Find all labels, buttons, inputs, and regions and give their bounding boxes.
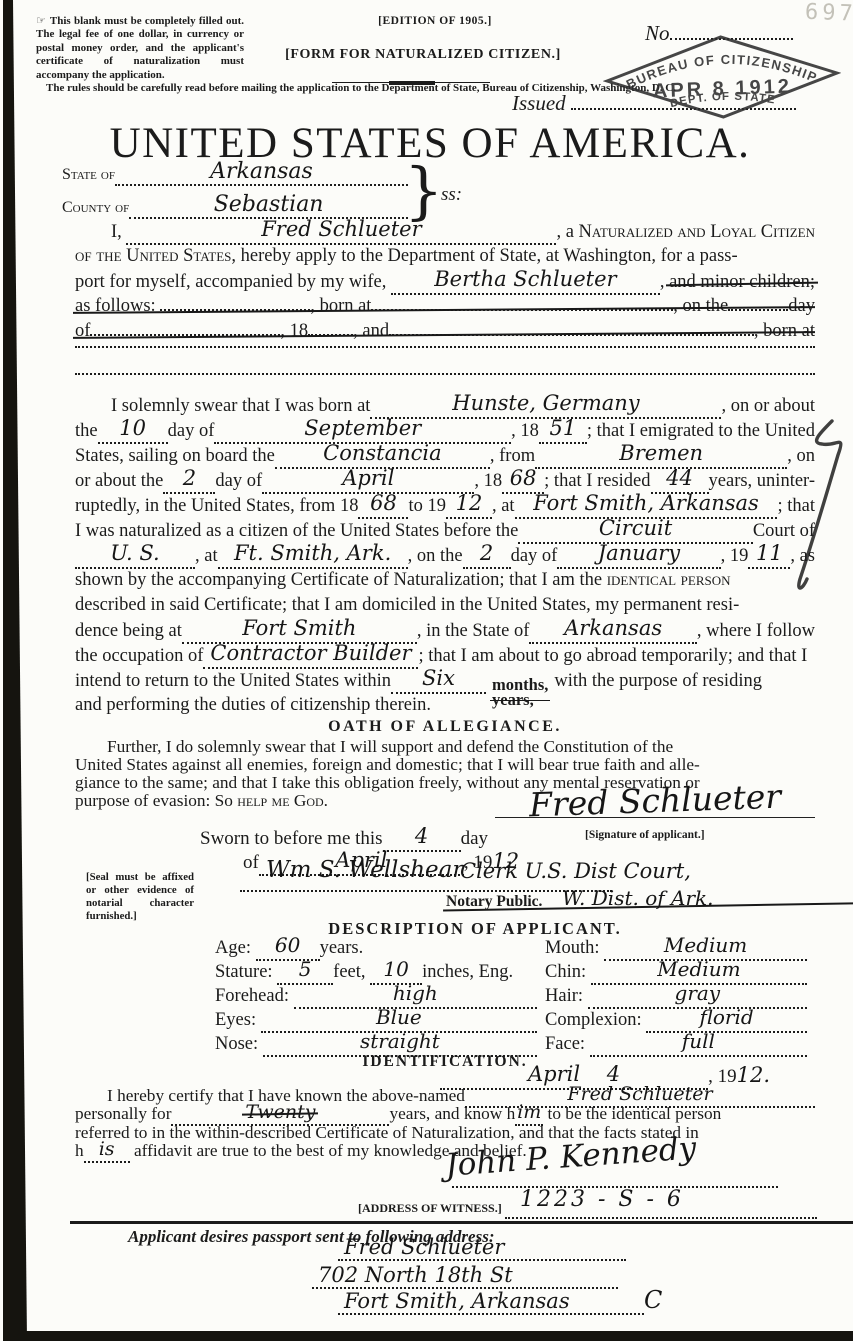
- printed-text: to be the identical person: [543, 1104, 721, 1124]
- witness-address-line: [505, 1193, 817, 1219]
- venue-brace: }: [404, 156, 443, 226]
- printed-text: Naturalized and Loyal Citizen: [579, 222, 815, 243]
- blank: [389, 334, 754, 336]
- printed-text: , a: [556, 222, 578, 243]
- resided-place-handwriting: Fort Smith, Arkansas: [533, 494, 759, 513]
- from-year-handwriting: 68: [370, 494, 397, 513]
- printed-text: , where I follow: [697, 621, 815, 642]
- sworn-statement-paragraph: I solemnly swear that I was born atHunst…: [75, 395, 815, 720]
- printed-text: Sworn to before me this: [200, 828, 383, 850]
- feet-suffix: feet,: [333, 962, 370, 983]
- port-handwriting: Bremen: [619, 444, 703, 463]
- certify-name-handwriting: Fred Schlueter: [567, 1086, 712, 1103]
- printed-text: as follows:: [75, 296, 160, 317]
- hair-field: gray: [588, 985, 807, 1009]
- wife-name-handwriting: Bertha Schlueter: [434, 270, 616, 289]
- printed-text: , as: [790, 546, 815, 567]
- swear-line-12: intend to return to the United States wi…: [75, 670, 815, 695]
- instructions-text-1: This blank must be completely filled out…: [36, 15, 244, 81]
- swear-line-1: I solemnly swear that I was born atHunst…: [75, 395, 815, 420]
- wife-name-field: Bertha Schlueter: [391, 271, 660, 295]
- printed-text: shown by the accompanying Certificate of…: [75, 570, 607, 591]
- application-blank-row: [75, 346, 815, 373]
- court-of-handwriting: U. S.: [110, 544, 159, 563]
- blank: [160, 309, 310, 311]
- certify-line-1: I hereby certify that I have known the a…: [75, 1086, 815, 1104]
- state-value-handwriting: Arkansas: [210, 162, 313, 182]
- printed-text: ruptedly, in the United States, from 18: [75, 496, 358, 517]
- printed-text: , on: [787, 446, 815, 467]
- printed-text: , 18: [474, 471, 502, 492]
- sworn-day-handwriting: 4: [415, 827, 428, 846]
- sail-month-field: April: [262, 470, 474, 494]
- court-handwriting: Circuit: [599, 519, 672, 538]
- application-line-3: port for myself, accompanied by my wife,…: [75, 271, 815, 296]
- printed-text: the: [75, 421, 98, 442]
- printed-text: purpose of evasion: So: [75, 791, 237, 811]
- occupation-handwriting: Contractor Builder: [210, 644, 411, 663]
- printed-text: the occupation of: [75, 646, 203, 667]
- nat-year-handwriting: 11: [756, 544, 783, 563]
- printed-text: I solemnly swear that I was born at: [111, 396, 370, 417]
- printed-text: , born at: [310, 296, 371, 317]
- application-line-1: I, Fred Schlueter, a Naturalized and Loy…: [75, 221, 815, 246]
- header-divider: [332, 80, 490, 85]
- edition-note: [EDITION OF 1905.]: [340, 15, 530, 27]
- from-year-field: 68: [358, 495, 408, 519]
- age-row: Age: 60years.: [215, 937, 537, 961]
- issued-label: Issued: [512, 91, 571, 116]
- printed-text: port for myself, accompanied by my wife,: [75, 272, 391, 293]
- printed-text: ; that I emigrated to the United: [587, 421, 815, 442]
- ss-label: ss:: [441, 184, 462, 206]
- application-line-4-struck: as follows: , born at, on theday: [75, 296, 815, 321]
- applicant-signature-handwriting: Fred Schlueter: [529, 782, 782, 820]
- printed-text: and performing the duties of citizenship…: [75, 695, 431, 716]
- sail-year-handwriting: 68: [510, 469, 537, 488]
- birth-day-field: 10: [98, 420, 168, 444]
- mailing-address-line-2: 702 North 18th St: [312, 1266, 618, 1289]
- blank: [308, 334, 353, 336]
- mouth-label: Mouth:: [545, 938, 604, 959]
- years-known-handwriting: Twenty: [245, 1104, 315, 1121]
- swear-line-7: U. S., atFt. Smith, Ark., on the2day ofJ…: [75, 545, 815, 570]
- printed-text: , hereby apply to the Department of Stat…: [231, 246, 737, 267]
- mailing-name-handwriting: Fred Schlueter: [344, 1235, 504, 1259]
- resided-years-handwriting: 44: [666, 469, 693, 488]
- chin-handwriting: Medium: [657, 960, 740, 978]
- residence-state-field: Arkansas: [529, 620, 696, 644]
- district-handwriting: W. Dist. of Ark.: [562, 889, 714, 907]
- printed-text: Court of: [753, 521, 815, 542]
- swear-line-10: dence being atFort Smith, in the State o…: [75, 620, 815, 645]
- printed-text: , and: [353, 321, 389, 342]
- hair-row: Hair: gray: [545, 985, 807, 1009]
- printed-text: help me God.: [237, 791, 328, 811]
- stamp-diamond-icon: BUREAU OF CITIZENSHIP APR 8 1912 DEPT. O…: [602, 29, 843, 125]
- stature-row: Stature: 5feet, 10inches, Eng.: [215, 961, 537, 985]
- instructions-paragraph-1: ☞ This blank must be completely filled o…: [36, 14, 244, 82]
- oath-line-1: Further, I do solemnly swear that I will…: [75, 737, 817, 755]
- his-field: is: [84, 1141, 130, 1163]
- mouth-handwriting: Medium: [664, 936, 747, 954]
- printed-text: , 19: [721, 546, 749, 567]
- eyes-label: Eyes:: [215, 1010, 261, 1031]
- county-field: Sebastian: [129, 196, 408, 219]
- printed-text: day: [788, 296, 815, 317]
- printed-text: intend to return to the United States wi…: [75, 671, 391, 692]
- nat-month-handwriting: January: [598, 544, 680, 563]
- court-of-field: U. S.: [75, 545, 195, 569]
- swear-line-5: ruptedly, in the United States, from 186…: [75, 495, 815, 520]
- nat-year-field: 11: [748, 545, 790, 569]
- printed-text: of the United States: [75, 246, 231, 267]
- printed-text: ; that: [777, 496, 815, 517]
- state-field: Arkansas: [115, 163, 408, 186]
- hair-handwriting: gray: [675, 984, 721, 1002]
- court-place-handwriting: Ft. Smith, Ark.: [234, 544, 391, 563]
- feet-handwriting: 5: [299, 960, 312, 978]
- forehead-handwriting: high: [393, 984, 438, 1002]
- application-paragraph: I, Fred Schlueter, a Naturalized and Loy…: [75, 221, 815, 400]
- printed-text: I was naturalized as a citizen of the Un…: [75, 521, 518, 542]
- county-label: County of: [62, 199, 129, 217]
- printed-text: Further, I do solemnly swear that I will…: [107, 737, 673, 757]
- birth-year-handwriting: 51: [550, 419, 577, 438]
- applicant-signature-block: Fred Schlueter: [495, 786, 815, 818]
- swear-line-13: and performing the duties of citizenship…: [75, 695, 815, 720]
- blank: [371, 309, 673, 311]
- mailing-address-line-1: Fred Schlueter: [338, 1238, 626, 1261]
- residence-handwriting: Fort Smith: [242, 619, 356, 638]
- residence-state-handwriting: Arkansas: [564, 619, 662, 638]
- age-label: Age:: [215, 938, 256, 959]
- printed-text: identical person: [607, 570, 731, 591]
- printed-text: I,: [111, 222, 126, 243]
- printed-text: described in said Certificate; that I am…: [75, 595, 739, 616]
- printed-text: , 18: [511, 421, 539, 442]
- blank: [90, 334, 280, 336]
- applicant-name-handwriting: Fred Schlueter: [261, 220, 421, 239]
- printed-text: , from: [490, 446, 535, 467]
- feet-field: 5: [277, 961, 333, 985]
- face-handwriting: full: [682, 1032, 715, 1050]
- printed-text: , at: [492, 496, 515, 517]
- footer-rule: [70, 1221, 853, 1224]
- swear-line-9: described in said Certificate; that I am…: [75, 595, 815, 620]
- printed-text: ; that I resided: [544, 471, 650, 492]
- printed-text: h: [75, 1141, 84, 1161]
- oath-line-2: United States against all enemies, forei…: [75, 755, 817, 773]
- application-line-5-struck: of, 18, and, born at: [75, 321, 815, 346]
- signature-of-applicant-label: [Signature of applicant.]: [585, 829, 705, 841]
- return-within-field: Six: [391, 670, 486, 694]
- face-label: Face:: [545, 1034, 590, 1055]
- nose-label: Nose:: [215, 1034, 263, 1055]
- description-left-column: Age: 60years. Stature: 5feet, 10inches, …: [215, 937, 537, 1057]
- printed-text: ; that I am about to go abroad temporari…: [418, 646, 807, 667]
- scan-edge-bottom: [20, 1331, 853, 1341]
- printed-text: or about the: [75, 471, 163, 492]
- bureau-of-citizenship-stamp: BUREAU OF CITIZENSHIP APR 8 1912 DEPT. O…: [602, 29, 843, 125]
- nose-handwriting: straight: [360, 1032, 440, 1050]
- printed-text: years, and know h: [389, 1104, 515, 1124]
- printed-text: ,: [660, 272, 669, 293]
- printed-text: dence being at: [75, 621, 182, 642]
- document-number-faint: 6974: [805, 0, 853, 27]
- birthplace-field: Hunste, Germany: [370, 395, 721, 419]
- swear-line-8: shown by the accompanying Certificate of…: [75, 570, 815, 595]
- to-year-field: 12: [446, 495, 492, 519]
- his-handwriting: is: [99, 1141, 115, 1158]
- nat-month-field: January: [557, 545, 720, 569]
- printed-text: years, uninter-: [709, 471, 815, 492]
- port-field: Bremen: [535, 445, 787, 469]
- complexion-field: florid: [646, 1009, 807, 1033]
- swear-line-6: I was naturalized as a citizen of the Un…: [75, 520, 815, 545]
- printed-text: with the purpose of residing: [554, 671, 762, 692]
- certify-line-2: personally forTwentyyears, and know him …: [75, 1104, 815, 1122]
- swear-line-2: the10day ofSeptember, 1851; that I emigr…: [75, 420, 815, 445]
- court-place-field: Ft. Smith, Ark.: [218, 545, 408, 569]
- mailing-address-line-3: Fort Smith, Arkansas: [338, 1292, 644, 1315]
- birth-month-handwriting: September: [304, 419, 421, 438]
- nat-day-field: 2: [463, 545, 511, 569]
- printed-text: , on the: [408, 546, 463, 567]
- filing-instructions: ☞ This blank must be completely filled o…: [36, 14, 244, 95]
- passport-application-scan: 6974 ☞ This blank must be completely fil…: [0, 0, 853, 1341]
- blank: [75, 346, 815, 348]
- age-handwriting: 60: [275, 936, 300, 954]
- printed-text: day: [461, 828, 488, 850]
- complexion-row: Complexion: florid: [545, 1009, 807, 1033]
- complexion-label: Complexion:: [545, 1010, 646, 1031]
- printed-text: , at: [195, 546, 218, 567]
- county-value-handwriting: Sebastian: [214, 195, 324, 215]
- printed-text: States, sailing on board the: [75, 446, 275, 467]
- complexion-handwriting: florid: [700, 1008, 754, 1026]
- clerk-signature-handwriting: Wm S. Wellshear: [266, 860, 463, 881]
- inches-handwriting: 10: [383, 960, 408, 978]
- ident-date-handwriting: April 4: [528, 1065, 620, 1084]
- description-right-column: Mouth: Medium Chin: Medium Hair: gray Co…: [545, 937, 807, 1057]
- stature-label: Stature:: [215, 962, 277, 983]
- blank: [75, 373, 815, 375]
- him-handwriting: im: [517, 1104, 541, 1121]
- ident-year-handwriting: 12.: [737, 1066, 770, 1085]
- sworn-day-field: 4: [383, 828, 461, 852]
- to-year-handwriting: 12: [456, 494, 483, 513]
- mailing-street-handwriting: 702 North 18th St: [318, 1263, 513, 1287]
- occupation-field: Contractor Builder: [203, 645, 418, 669]
- hair-label: Hair:: [545, 986, 588, 1007]
- sail-month-handwriting: April: [342, 469, 394, 488]
- eyes-handwriting: Blue: [376, 1008, 422, 1026]
- form-type-label: [FORM FOR NATURALIZED CITIZEN.]: [283, 47, 563, 63]
- printed-text: United States against all enemies, forei…: [75, 755, 700, 775]
- applicant-name-field: Fred Schlueter: [126, 221, 556, 245]
- struck-text-minor-children: and minor children;: [669, 272, 815, 293]
- inches-suffix: inches, Eng.: [422, 962, 513, 983]
- certify-line-3: referred to in the within-described Cert…: [75, 1123, 815, 1141]
- printed-text: to 19: [408, 496, 446, 517]
- nat-day-handwriting: 2: [480, 544, 493, 563]
- margin-mark-c: C: [644, 1290, 662, 1312]
- printed-text: , born at: [754, 321, 815, 342]
- printed-text: day of: [511, 546, 558, 567]
- printed-text: day of: [215, 471, 262, 492]
- return-within-handwriting: Six: [422, 669, 455, 688]
- printed-text: , on the: [673, 296, 728, 317]
- printed-text: day of: [168, 421, 215, 442]
- printed-text: , on or about: [721, 396, 815, 417]
- clerk-title-handwriting: Clerk U.S. Dist Court,: [460, 862, 691, 881]
- witness-signature-line: [452, 1162, 778, 1188]
- blank: [728, 309, 788, 311]
- state-label: State of: [62, 166, 115, 184]
- pointing-hand-icon: ☞: [36, 14, 50, 27]
- printed-text: , 18: [280, 321, 308, 342]
- birthplace-handwriting: Hunste, Germany: [452, 394, 639, 413]
- printed-text: , in the State of: [417, 621, 530, 642]
- sail-day-handwriting: 2: [183, 469, 196, 488]
- chin-label: Chin:: [545, 962, 591, 983]
- printed-text: personally for: [75, 1104, 171, 1124]
- address-of-witness-label: [ADDRESS OF WITNESS.]: [358, 1201, 502, 1216]
- printed-text: of: [75, 321, 90, 342]
- sail-day-field: 2: [163, 470, 215, 494]
- birth-year-field: 51: [539, 420, 587, 444]
- mailing-city-handwriting: Fort Smith, Arkansas: [344, 1289, 570, 1313]
- birth-day-handwriting: 10: [119, 419, 146, 438]
- ship-handwriting: Constancia: [323, 444, 442, 463]
- seal-note: [Seal must be affixed or other evidence …: [86, 871, 194, 923]
- forehead-label: Forehead:: [215, 986, 294, 1007]
- oath-heading: OATH OF ALLEGIANCE.: [75, 718, 815, 736]
- age-suffix: years.: [320, 938, 364, 959]
- scan-edge-left: [3, 0, 29, 1341]
